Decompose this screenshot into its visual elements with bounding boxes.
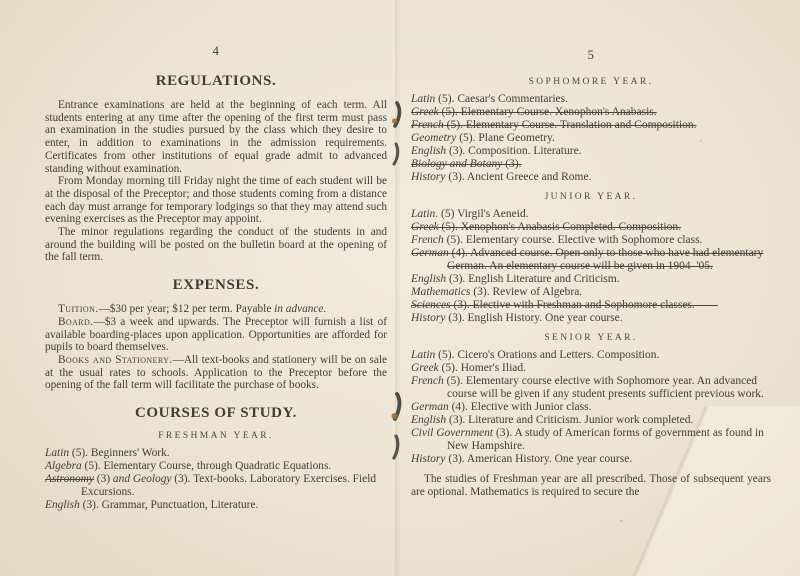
text-segment: (3). American History. One year course. <box>446 453 633 465</box>
regulations-heading: REGULATIONS. <box>45 73 387 90</box>
text-segment: Books and Stationery. <box>58 354 173 366</box>
text-segment: (4). Advanced course. Open only to those… <box>447 247 763 272</box>
course-line: English (3). Composition. Literature. <box>411 145 771 158</box>
text-segment <box>695 299 718 311</box>
binding-stitch-bottom-icon <box>388 392 404 460</box>
junior-course-list: Latin. (5) Virgil's Aeneid.Greek (5). Xe… <box>411 208 771 325</box>
course-line: Astronomy (3) and Geology (3). Text-book… <box>45 473 387 499</box>
paragraph: Entrance examinations are held at the be… <box>45 99 387 175</box>
text-segment: (3). Ancient Greece and Rome. <box>446 171 592 183</box>
text-segment: French <box>411 119 444 131</box>
text-segment: and Geology <box>113 473 172 485</box>
text-segment: Biology and Botany <box>411 158 502 170</box>
text-segment: —$30 per year; $12 per term. Payable <box>98 303 274 315</box>
text-segment: Latin <box>411 349 435 361</box>
text-segment: Latin <box>45 447 69 459</box>
course-line: Civil Government (3). A study of America… <box>411 427 771 453</box>
text-segment: Greek <box>411 362 439 374</box>
courses-of-study-heading: COURSES OF STUDY. <box>45 405 387 422</box>
course-line: German (4). Elective with Junior class. <box>411 401 771 414</box>
text-segment: (5). Elementary Course. Translation and … <box>444 119 697 131</box>
text-segment: Algebra <box>45 460 82 472</box>
senior-course-list: Latin (5). Cicero's Orations and Letters… <box>411 349 771 466</box>
text-segment: (5). Caesar's Commentaries. <box>435 93 568 105</box>
text-segment: Board. <box>58 316 93 328</box>
course-line: Greek (5). Xenophon's Anabasis Completed… <box>411 221 771 234</box>
text-segment: (3). <box>502 158 521 170</box>
text-segment: (3) <box>94 473 113 485</box>
course-line: Geometry (5). Plane Geometry. <box>411 132 771 145</box>
text-segment: German <box>411 247 449 259</box>
text-segment: (5). Elementary Course. Xenophon's Anaba… <box>439 106 657 118</box>
text-segment: (3). English History. One year course. <box>446 312 623 324</box>
course-line: English (3). Grammar, Punctuation, Liter… <box>45 499 387 512</box>
sophomore-year-heading: SOPHOMORE YEAR. <box>411 77 771 87</box>
text-segment: (3). Review of Algebra. <box>470 286 582 298</box>
text-segment: (3). Literature and Criticism. Junior wo… <box>446 414 693 426</box>
page-number: 5 <box>411 48 771 63</box>
text-segment: French <box>411 375 444 387</box>
freshman-year-heading: FRESHMAN YEAR. <box>45 431 387 441</box>
text-segment: (5). Plane Geometry. <box>456 132 555 144</box>
expenses-heading: EXPENSES. <box>45 277 387 294</box>
text-segment: German <box>411 401 449 413</box>
text-segment: The minor regulations regarding the cond… <box>45 226 387 263</box>
text-segment: (5). Elementary Course, through Quadrati… <box>82 460 332 472</box>
course-line: Latin (5). Cicero's Orations and Letters… <box>411 349 771 362</box>
text-segment: Sciences <box>411 299 451 311</box>
junior-year-heading: JUNIOR YEAR. <box>411 192 771 202</box>
text-segment: English <box>411 273 446 285</box>
text-segment: (5). Homer's Iliad. <box>439 362 526 374</box>
text-segment: History <box>411 171 446 183</box>
text-segment: (5). Beginners' Work. <box>69 447 170 459</box>
text-segment: Civil Government <box>411 427 493 439</box>
closing-paragraph: The studies of Freshman year are all pre… <box>411 473 771 498</box>
course-line: History (3). English History. One year c… <box>411 312 771 325</box>
course-line: French (5). Elementary course elective w… <box>411 375 771 401</box>
text-segment: The studies of Freshman year are all pre… <box>411 473 771 498</box>
text-segment: English <box>411 145 446 157</box>
page-left: 4 REGULATIONS. Entrance examinations are… <box>45 0 387 576</box>
text-segment: (5). Elementary course elective with Sop… <box>444 375 764 400</box>
text-segment: (4). Elective with Junior class. <box>449 401 592 413</box>
course-line: French (5). Elementary Course. Translati… <box>411 119 771 132</box>
course-line: History (3). Ancient Greece and Rome. <box>411 171 771 184</box>
text-segment: (3). A study of American forms of govern… <box>447 427 764 452</box>
binding-stitch-top-icon <box>388 100 404 168</box>
course-line: Latin (5). Beginners' Work. <box>45 447 387 460</box>
text-segment: History <box>411 312 446 324</box>
paragraph: The studies of Freshman year are all pre… <box>411 473 771 498</box>
text-segment: in advance <box>274 303 323 315</box>
page-number: 4 <box>45 44 387 59</box>
text-segment: (5). Elementary course. Elective with So… <box>444 234 703 246</box>
text-segment: History <box>411 453 446 465</box>
text-segment: (3). Grammar, Punctuation, Literature. <box>80 499 259 511</box>
course-line: Greek (5). Homer's Iliad. <box>411 362 771 375</box>
course-line: Greek (5). Elementary Course. Xenophon's… <box>411 106 771 119</box>
text-segment: . (5) Virgil's Aeneid. <box>435 208 528 220</box>
paragraph: The minor regulations regarding the cond… <box>45 226 387 264</box>
expenses-items: Tuition.—$30 per year; $12 per term. Pay… <box>45 303 387 392</box>
text-segment: English <box>45 499 80 511</box>
course-line: English (3). English Literature and Crit… <box>411 273 771 286</box>
paragraph: Books and Stationery.—All text-books and… <box>45 354 387 392</box>
text-segment: —$3 a week and upwards. The Preceptor wi… <box>45 316 387 353</box>
text-segment: . <box>323 303 326 315</box>
text-segment: Greek <box>411 106 439 118</box>
center-fold <box>395 0 400 576</box>
course-line: Latin (5). Caesar's Commentaries. <box>411 93 771 106</box>
text-segment: Mathematics <box>411 286 470 298</box>
text-segment: French <box>411 234 444 246</box>
text-segment: Tuition. <box>58 303 98 315</box>
course-line: History (3). American History. One year … <box>411 453 771 466</box>
paragraph: Board.—$3 a week and upwards. The Precep… <box>45 316 387 354</box>
senior-year-heading: SENIOR YEAR. <box>411 333 771 343</box>
text-segment: Geometry <box>411 132 456 144</box>
text-segment: (3). Composition. Literature. <box>446 145 581 157</box>
course-line: French (5). Elementary course. Elective … <box>411 234 771 247</box>
sophomore-course-list: Latin (5). Caesar's Commentaries.Greek (… <box>411 93 771 184</box>
freshman-course-list: Latin (5). Beginners' Work.Algebra (5). … <box>45 447 387 512</box>
course-line: Biology and Botany (3). <box>411 158 771 171</box>
course-line: Sciences (3). Elective with Freshman and… <box>411 299 771 312</box>
text-segment: Astronomy <box>45 473 94 485</box>
text-segment: English <box>411 414 446 426</box>
course-line: Algebra (5). Elementary Course, through … <box>45 460 387 473</box>
text-segment: (3). English Literature and Criticism. <box>446 273 619 285</box>
paragraph: Tuition.—$30 per year; $12 per term. Pay… <box>45 303 387 316</box>
text-segment: Entrance examinations are held at the be… <box>45 99 387 175</box>
course-line: English (3). Literature and Criticism. J… <box>411 414 771 427</box>
text-segment: Greek <box>411 221 439 233</box>
page-right: 5 SOPHOMORE YEAR. Latin (5). Caesar's Co… <box>411 0 771 576</box>
paragraph: From Monday morning till Friday night th… <box>45 175 387 226</box>
course-line: Latin. (5) Virgil's Aeneid. <box>411 208 771 221</box>
course-line: German (4). Advanced course. Open only t… <box>411 247 771 273</box>
text-segment: (5). Xenophon's Anabasis Completed. Comp… <box>439 221 681 233</box>
text-segment: (3). Elective with Freshman and Sophomor… <box>451 299 695 311</box>
text-segment: From Monday morning till Friday night th… <box>45 175 387 225</box>
text-segment: (5). Cicero's Orations and Letters. Comp… <box>435 349 659 361</box>
text-segment: Latin <box>411 208 435 220</box>
course-line: Mathematics (3). Review of Algebra. <box>411 286 771 299</box>
text-segment: Latin <box>411 93 435 105</box>
regulations-paragraphs: Entrance examinations are held at the be… <box>45 99 387 264</box>
